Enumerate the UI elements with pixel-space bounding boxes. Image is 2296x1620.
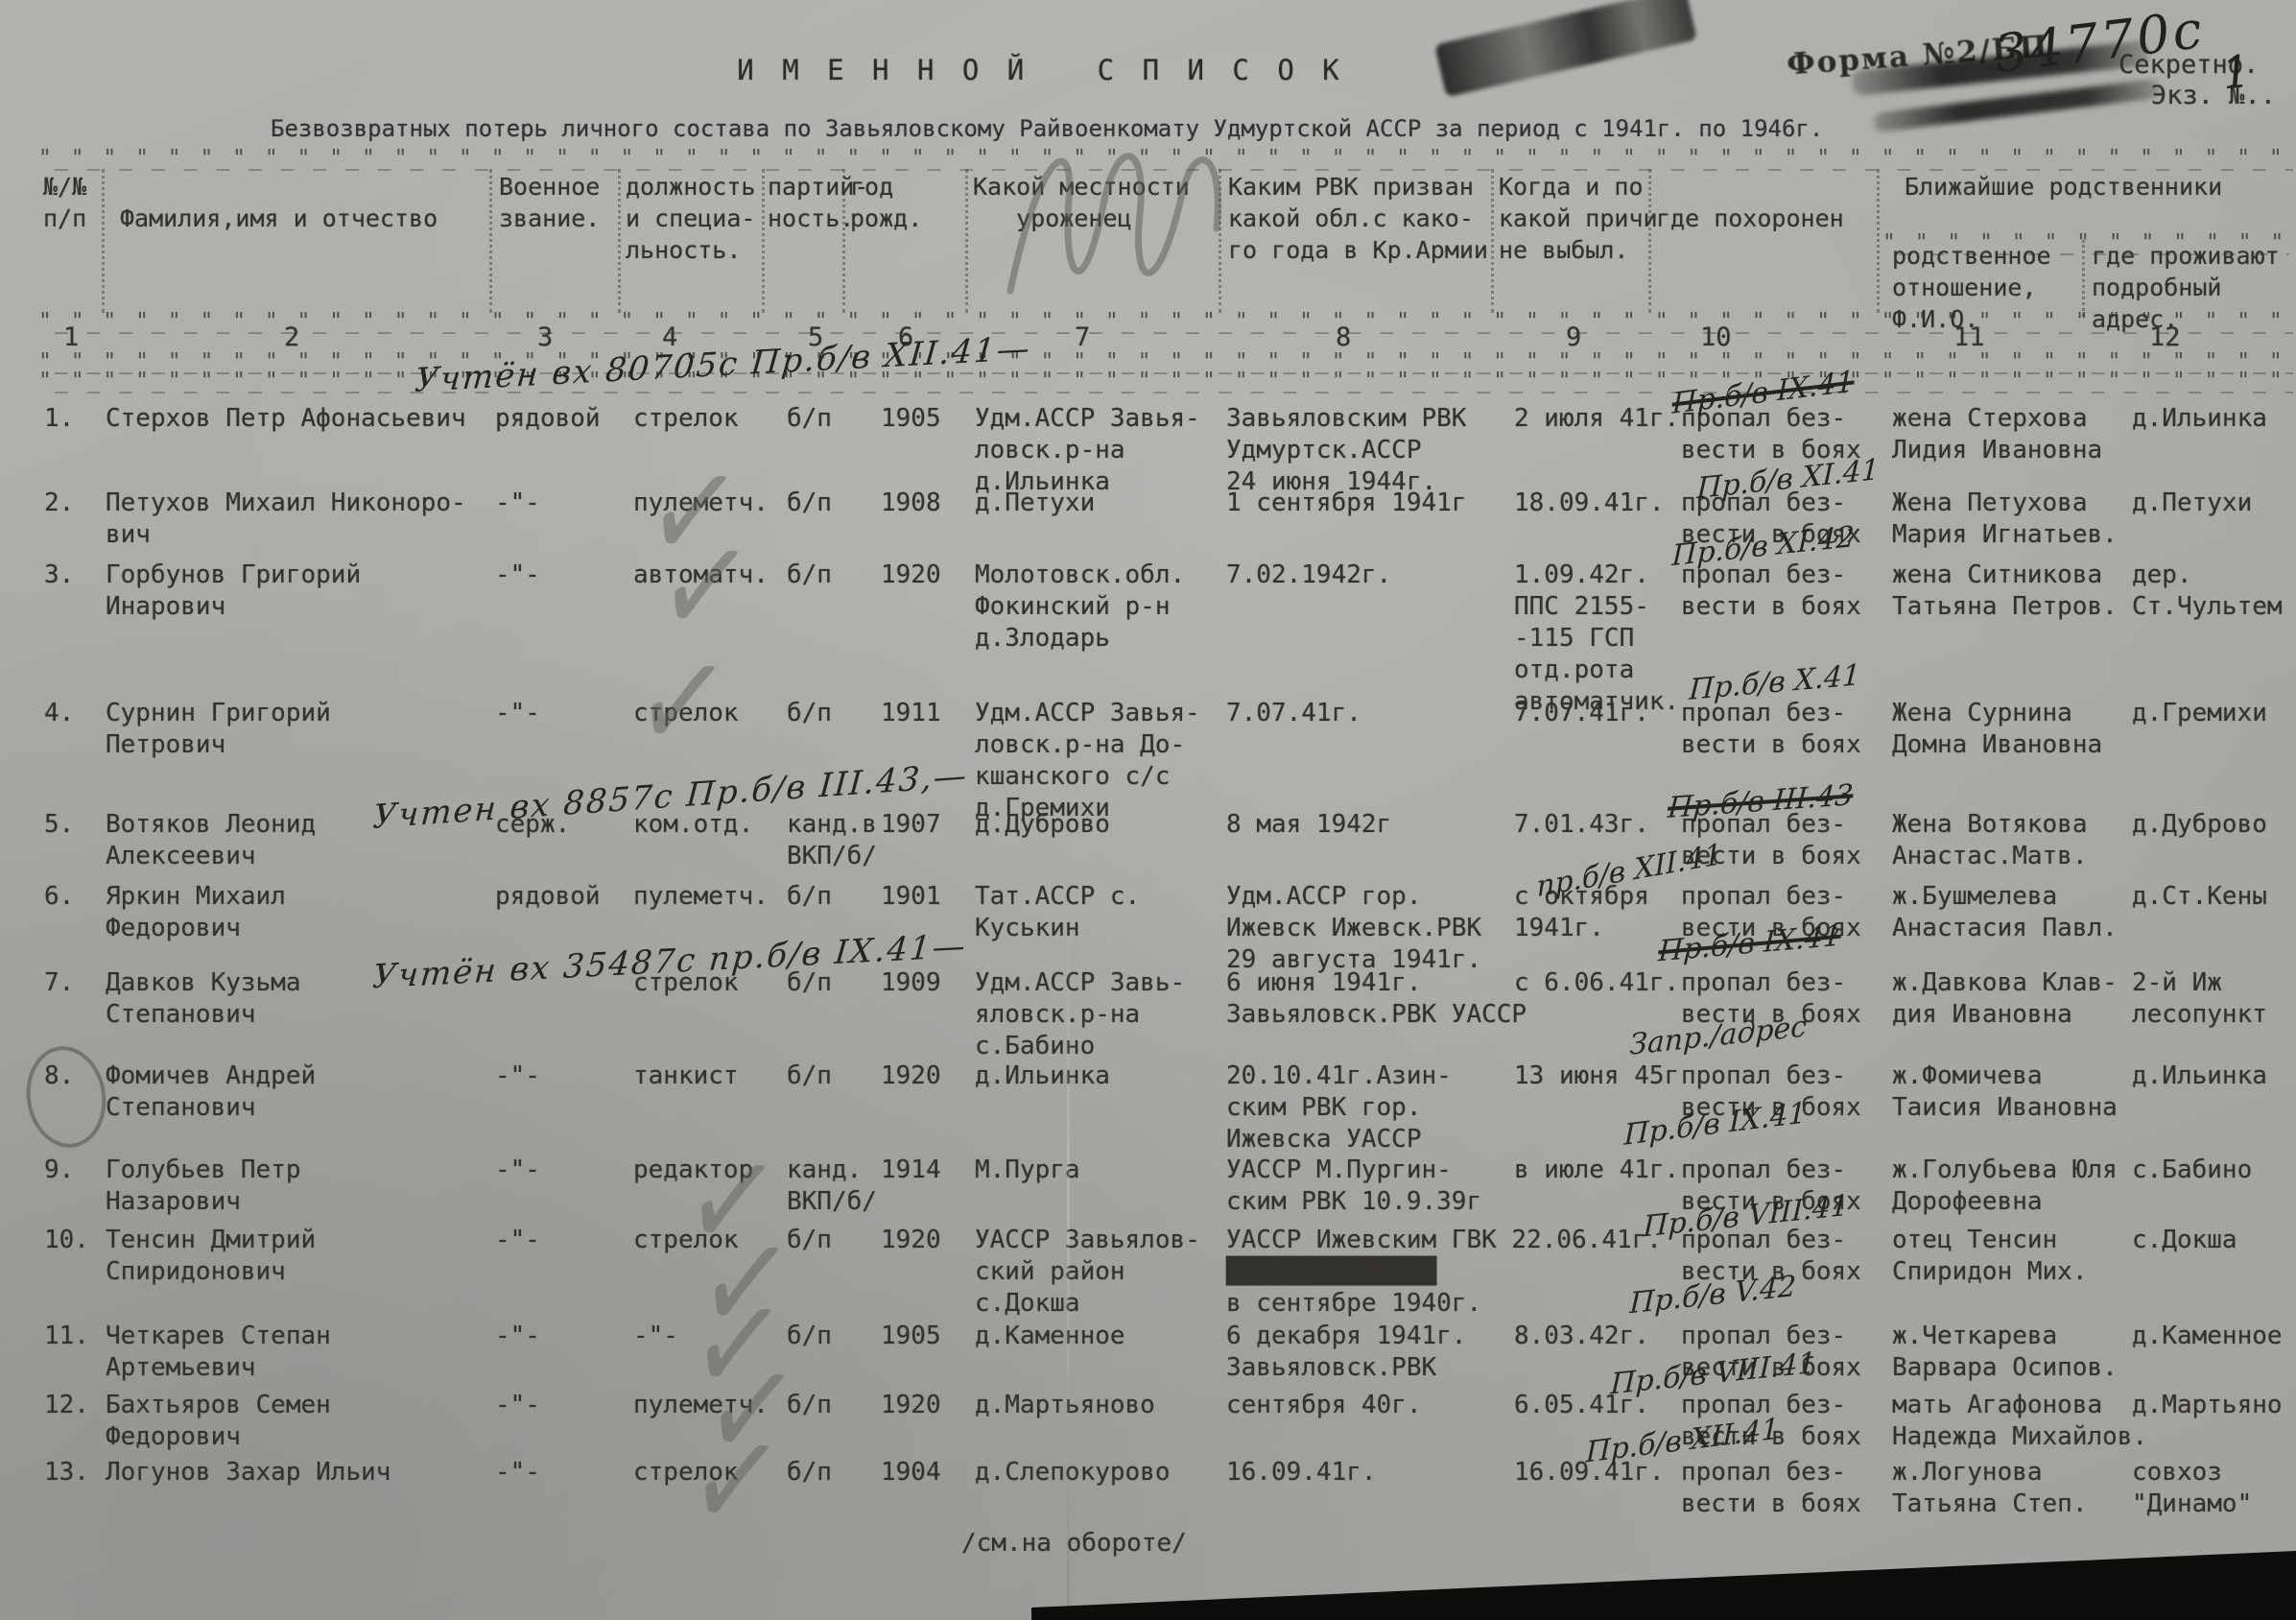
cell-addr: 2-й Иж лесопункт	[2132, 967, 2267, 1031]
cell-name: Яркин Михаил Федорович	[106, 881, 286, 944]
copy-number-label: Экз. №..	[2151, 81, 2276, 110]
cell-born: М.Пурга	[975, 1155, 1080, 1186]
cell-rank: -"-	[495, 1060, 540, 1092]
cell-drafted: 16.09.41г.	[1226, 1457, 1377, 1489]
cell-addr: дер. Ст.Чультем	[2132, 560, 2283, 623]
column-divider	[762, 169, 765, 313]
cell-addr: д.Гремихи	[2132, 698, 2267, 729]
cell-year: 1905	[881, 403, 941, 435]
cell-born: Удм.АССР Завья- ловск.р-на д.Ильинка	[975, 403, 1200, 498]
col-number: 7	[1075, 322, 1090, 352]
col-number: 9	[1566, 322, 1581, 352]
cell-kin: отец Тенсин Спиридон Мих.	[1892, 1225, 2088, 1288]
cell-kin: ж.Голубьева Юля Дорофеевна	[1892, 1155, 2118, 1218]
col-number: 10	[1700, 322, 1732, 352]
cell-num: 6.	[44, 881, 74, 913]
cell-name: Фомичев Андрей Степанович	[106, 1060, 316, 1124]
document-page: Форма №2/БП 34770с Секретно. Экз. №.. 1 …	[0, 0, 2296, 1620]
cell-name: Петухов Михаил Никоноро- вич	[106, 488, 466, 551]
cell-born: Удм.АССР Завья- ловск.р-на До- кшанского…	[975, 698, 1200, 824]
cell-rank: -"-	[495, 698, 540, 729]
cell-party: б/п	[787, 403, 832, 435]
cell-rank: -"-	[495, 1225, 540, 1256]
cell-year: 1904	[881, 1457, 941, 1489]
col-header-year: год рожд.	[850, 171, 922, 234]
cell-year: 1909	[881, 967, 941, 999]
cell-party: канд. ВКП/б/	[787, 1155, 877, 1218]
col-header-num: №/№ п/п	[43, 171, 86, 234]
cell-party: б/п	[787, 698, 832, 729]
cell-num: 3.	[44, 560, 74, 591]
cell-num: 9.	[44, 1155, 74, 1186]
cell-kin: ж.Бушмелева Анастасия Павл.	[1892, 881, 2118, 944]
handwritten-copy-number: 1	[2219, 45, 2253, 100]
cell-born: д.Дуброво	[975, 809, 1110, 841]
column-divider	[489, 169, 492, 313]
cell-name: Четкарев Степан Артемьевич	[106, 1321, 331, 1384]
col-header-name: Фамилия,имя и отчество	[120, 202, 438, 234]
cell-addr: д.Мартьяно	[2132, 1390, 2283, 1421]
cell-name: Горбунов Григорий Инарович	[106, 560, 361, 623]
cell-party: б/п	[787, 881, 832, 913]
cell-year: 1905	[881, 1321, 941, 1352]
cell-name: Стерхов Петр Афонасьевич	[106, 403, 466, 435]
cell-kin: жена Стерхова Лидия Ивановна	[1892, 403, 2102, 466]
cell-cause: пропал без- вести в боях	[1681, 1457, 1861, 1520]
col-header-drafted-by: Каким РВК призван какой обл.с како- го г…	[1228, 171, 1488, 266]
cell-born: д.Слепокурово	[975, 1457, 1171, 1489]
cell-year: 1914	[881, 1155, 941, 1186]
cell-name: Давков Кузьма Степанович	[106, 967, 301, 1031]
cell-party: канд.в ВКП/б/	[787, 809, 877, 872]
cell-party: б/п	[787, 1060, 832, 1092]
cell-kin: жена Ситникова Татьяна Петров.	[1892, 560, 2118, 623]
cell-rank: рядовой	[495, 881, 601, 913]
cell-duty: -"-	[633, 1321, 678, 1352]
cell-addr: д.Ильинка	[2132, 403, 2267, 435]
column-divider	[1877, 169, 1880, 313]
cell-date: 7.07.41г.	[1514, 698, 1649, 729]
cell-num: 11.	[44, 1321, 89, 1352]
col-header-burial: где похоронен	[1656, 202, 1844, 234]
cell-cause: пропал без- вести в боях	[1681, 698, 1861, 761]
column-divider	[2082, 240, 2085, 317]
col-header-kin-group: Ближайшие родственники	[1905, 171, 2222, 202]
cell-date: с 6.06.41г.	[1514, 967, 1679, 999]
cell-year: 1920	[881, 560, 941, 591]
cell-party: б/п	[787, 560, 832, 591]
cell-kin: ж.Фомичева Таисия Ивановна	[1892, 1060, 2118, 1124]
col-number: 2	[284, 322, 299, 352]
pencil-checkmark: ✓	[680, 1406, 791, 1558]
cell-date: 13 июня 45г	[1514, 1060, 1679, 1092]
cell-name: Голубьев Петр Назарович	[106, 1155, 301, 1218]
cell-kin: Жена Петухова Мария Игнатьев.	[1892, 488, 2118, 551]
cell-rank: -"-	[495, 1390, 540, 1421]
cell-date: 18.09.41г.	[1514, 488, 1665, 519]
pencil-circle-mark	[19, 1040, 113, 1154]
pencil-scribble	[986, 123, 1265, 324]
cell-num: 4.	[44, 698, 74, 729]
pencil-checkmark: ✓	[627, 627, 737, 778]
cell-drafted: Удм.АССР гор. Ижевск Ижевск.РВК 29 авгус…	[1226, 881, 1481, 976]
cell-party: б/п	[787, 488, 832, 519]
col-number: 1	[63, 322, 79, 352]
cell-born: д.Каменное	[975, 1321, 1125, 1352]
cell-drafted: УАССР Ижевским ГВК 22.06.41г. ██████████…	[1226, 1225, 1662, 1320]
col-header-kin: родственное отношение, Ф.И.О.	[1892, 240, 2051, 335]
column-divider	[1491, 169, 1494, 313]
cell-born: Тат.АССР с. Куськин	[975, 881, 1140, 944]
cell-num: 10.	[44, 1225, 89, 1256]
cell-drafted: УАССР М.Пургин- ским РВК 10.9.39г	[1226, 1155, 1481, 1218]
cell-year: 1920	[881, 1060, 941, 1092]
cell-addr: д.Петухи	[2132, 488, 2252, 519]
cell-date: в июле 41г.	[1514, 1155, 1679, 1186]
cell-num: 7.	[44, 967, 74, 999]
cell-name: Тенсин Дмитрий Спиридонович	[106, 1225, 316, 1288]
cell-addr: д.Дуброво	[2132, 809, 2267, 841]
cell-rank: -"-	[495, 488, 540, 519]
col-number: 3	[537, 322, 553, 352]
col-header-rank: Военное звание.	[499, 171, 600, 234]
cell-born: Удм.АССР Завь- яловск.р-на с.Бабино	[975, 967, 1185, 1062]
cell-born: УАССР Завьялов- ский район с.Докша	[975, 1225, 1200, 1320]
cell-num: 2.	[44, 488, 74, 519]
col-header-address: где проживают подробный адрес.	[2092, 240, 2280, 335]
column-divider	[965, 169, 968, 313]
cell-addr: с.Бабино	[2132, 1155, 2252, 1186]
cell-year: 1920	[881, 1390, 941, 1421]
column-divider	[102, 169, 105, 313]
cell-drafted: 1 сентября 1941г	[1226, 488, 1466, 519]
cell-duty: танкист	[633, 1060, 739, 1092]
cell-party: б/п	[787, 1457, 832, 1489]
paper-fold	[1067, 902, 1070, 1620]
cell-rank: -"-	[495, 1155, 540, 1186]
cell-name: Вотяков Леонид Алексеевич	[106, 809, 316, 872]
page-title: И М Е Н Н О Й С П И С О К	[576, 54, 1506, 86]
cell-drafted: 7.02.1942г.	[1226, 560, 1391, 591]
cell-drafted: 20.10.41г.Азин- ским РВК гор. Ижевска УА…	[1226, 1060, 1452, 1155]
col-header-duty: должность и специа- льность.	[626, 171, 755, 266]
cell-num: 5.	[44, 809, 74, 841]
cell-name: Сурнин Григорий Петрович	[106, 698, 331, 761]
cell-name: Бахтьяров Семен Федорович	[106, 1390, 331, 1453]
cell-rank: -"-	[495, 560, 540, 591]
cell-year: 1911	[881, 698, 941, 729]
cell-date: 2 июля 41г.	[1514, 403, 1679, 435]
cell-addr: с.Докша	[2132, 1225, 2237, 1256]
cell-addr: д.Ильинка	[2132, 1060, 2267, 1092]
scan-corner-shadow	[1031, 1551, 2296, 1620]
cell-drafted: 6 декабря 1941г. Завьяловск.РВК	[1226, 1321, 1466, 1384]
cell-drafted: сентября 40г.	[1226, 1390, 1422, 1421]
cell-rank: -"-	[495, 1321, 540, 1352]
cell-addr: д.Каменное	[2132, 1321, 2283, 1352]
col-header-when-lost: Когда и по какой причи не выбыл.	[1499, 171, 1658, 266]
cell-rank: -"-	[495, 1457, 540, 1489]
cell-born: Молотовск.обл. Фокинский р-н д.Злодарь	[975, 560, 1185, 655]
cell-date: 8.03.42г.	[1514, 1321, 1649, 1352]
cell-drafted: 7.07.41г.	[1226, 698, 1361, 729]
cell-addr: совхоз "Динамо"	[2132, 1457, 2252, 1520]
cell-kin: ж.Логунова Татьяна Степ.	[1892, 1457, 2088, 1520]
col-number: 8	[1336, 322, 1351, 352]
cell-kin: мать Агафонова Надежда Михайлов.	[1892, 1390, 2147, 1453]
cell-drafted: 6 июня 1941г. Завьяловск.РВК УАССР	[1226, 967, 1527, 1031]
cell-kin: ж.Четкарева Варвара Осипов.	[1892, 1321, 2118, 1384]
col-number: 11	[1953, 322, 1985, 352]
cell-kin: Жена Вотякова Анастас.Матв.	[1892, 809, 2088, 872]
cell-num: 13.	[44, 1457, 89, 1489]
cell-rank: рядовой	[495, 403, 601, 435]
cell-kin: ж.Давкова Клав- дия Ивановна	[1892, 967, 2118, 1031]
cell-drafted: Завьяловским РВК Удмуртск.АССР 24 июня 1…	[1226, 403, 1466, 498]
cell-addr: д.Ст.Кены	[2132, 881, 2267, 913]
cell-born: д.Ильинка	[975, 1060, 1110, 1092]
footer-note: /см.на обороте/	[961, 1528, 1187, 1560]
cell-name: Логунов Захар Ильич	[106, 1457, 391, 1489]
cell-year: 1908	[881, 488, 941, 519]
cell-date: 7.01.43г.	[1514, 809, 1649, 841]
cell-year: 1901	[881, 881, 941, 913]
cell-born: д.Петухи	[975, 488, 1095, 519]
col-number: 12	[2149, 322, 2181, 352]
column-divider	[618, 169, 621, 313]
cell-num: 1.	[44, 403, 74, 435]
cell-date: 1.09.42г. ППС 2155- -115 ГСП отд.рота ав…	[1514, 560, 1679, 718]
cell-num: 12.	[44, 1390, 89, 1421]
cell-year: 1907	[881, 809, 941, 841]
cell-year: 1920	[881, 1225, 941, 1256]
cell-born: д.Мартьяново	[975, 1390, 1155, 1421]
table-rule: "_"_"_"_"_"_"_"_"_"_"_"_"_"_"_"_"_"_"_"_…	[38, 369, 2293, 393]
cell-drafted: 8 мая 1942г	[1226, 809, 1391, 841]
cell-kin: Жена Сурнина Домна Ивановна	[1892, 698, 2102, 761]
cell-duty: пулеметч.	[633, 881, 769, 913]
